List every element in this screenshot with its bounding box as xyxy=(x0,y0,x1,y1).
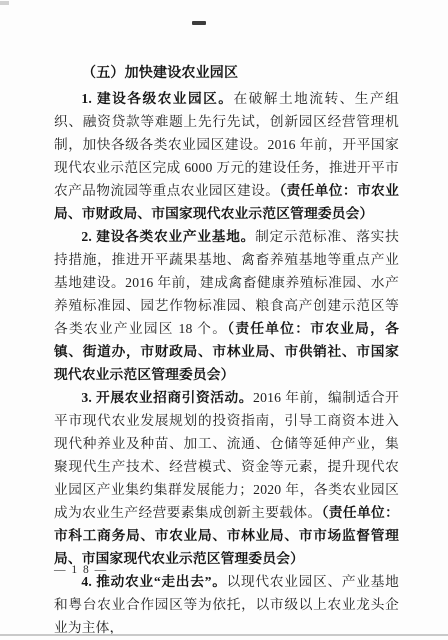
document-body: （五）加快建设农业园区 1. 建设各级农业园区。在破解土地流转、生产组织、融资贷… xyxy=(54,62,399,639)
scan-corner-smudge xyxy=(0,1,9,5)
paragraph-2: 2. 建设各类农业产业基地。制定示范标准、落实扶持措施，推进开平蔬果基地、禽畜养… xyxy=(54,225,399,386)
paragraph-2-body: 制定示范标准、落实扶持措施，推进开平蔬果基地、禽畜养殖基地等重点产业基地建设。2… xyxy=(54,229,399,336)
scanned-document-page: — （五）加快建设农业园区 1. 建设各级农业园区。在破解土地流转、生产组织、融… xyxy=(0,0,448,640)
paragraph-3: 3. 开展农业招商引资活动。2016 年前，编制适合开平市现代农业发展规划的投资… xyxy=(54,386,399,570)
paragraph-4-lead: 4. 推动农业“走出去”。 xyxy=(81,574,226,589)
paragraph-2-lead: 2. 建设各类农业产业基地。 xyxy=(81,229,255,244)
page-number: — 1 8 — xyxy=(54,564,108,576)
paragraph-1: 1. 建设各级农业园区。在破解土地流转、生产组织、融资贷款等难题上先行先试，创新… xyxy=(54,87,399,225)
section-heading: （五）加快建设农业园区 xyxy=(54,62,399,85)
paragraph-3-lead: 3. 开展农业招商引资活动。 xyxy=(81,390,253,405)
scan-artifact-dash: — xyxy=(192,21,206,25)
page-bottom-edge xyxy=(0,634,448,636)
paragraph-1-body: 在破解土地流转、生产组织、融资贷款等难题上先行先试，创新园区经营管理机制，加快各… xyxy=(54,91,399,198)
paragraph-4: 4. 推动农业“走出去”。以现代农业园区、产业基地和粤台农业合作园区等为依托，以… xyxy=(54,570,399,639)
paragraph-1-lead: 1. 建设各级农业园区。 xyxy=(81,91,233,106)
paragraph-3-body: 2016 年前，编制适合开平市现代农业发展规划的投资指南，引导工商资本进入现代种… xyxy=(54,390,399,520)
